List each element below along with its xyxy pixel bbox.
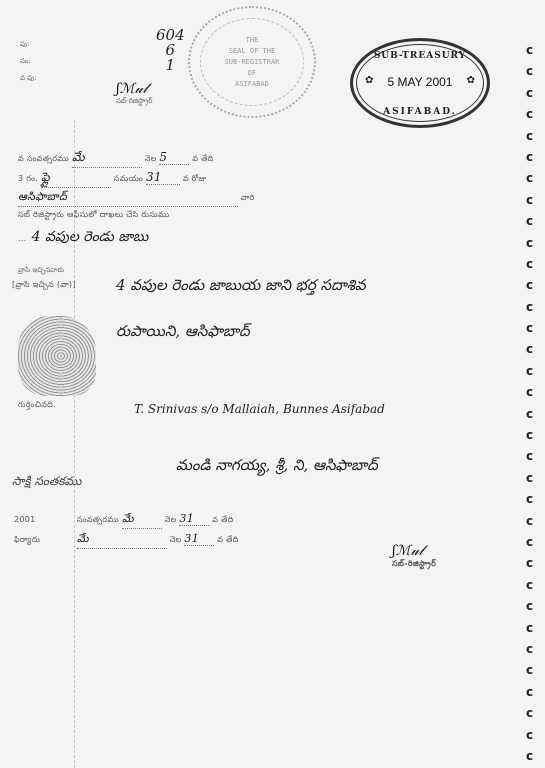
binding-ring-icon: c (526, 104, 540, 125)
seal-line: SUB-REGISTRAR (225, 57, 280, 68)
binding-ring-icon: c (526, 446, 540, 467)
binding-ring-icon: c (526, 190, 540, 211)
line-suffix: వ రోజు (183, 174, 207, 183)
binding-ring-icon: c (526, 233, 540, 254)
form-line-1: వ సంవత్సరము మే నెల 5 వ తేది (18, 150, 308, 168)
seal-line: THE (246, 35, 259, 46)
binding-ring-icon: c (526, 61, 540, 82)
form-line-2: 3 గం. ఫ్లై సమయం 31 వ రోజు (18, 170, 308, 188)
form-line-5: ... 4 వపుల రెండు జాబు (18, 226, 358, 248)
line-fill: 4 వపుల రెండు జాబు (32, 229, 149, 245)
page-refs: 604 6 1 (156, 28, 185, 73)
date-line-suffix: వ తేది (212, 515, 233, 524)
binding-ring-icon: c (526, 703, 540, 724)
binding-ring-icon: c (526, 126, 540, 147)
identifier-label: గుర్తించినది. (18, 400, 56, 411)
line-fill: మే (72, 150, 142, 168)
date-line-1: 2001 సంవత్సరము మే నెల 31 వ తేది (14, 512, 334, 529)
binding-ring-icon: c (526, 361, 540, 382)
thumbprint (18, 316, 96, 396)
seal-line: SEAL OF THE (229, 46, 275, 57)
signature-scribble: ʃℳ𝓊𝓁 (392, 543, 423, 559)
binding-ring-icon: c (526, 468, 540, 489)
seal-line: ASIFABAD (235, 79, 269, 90)
label-3: వ పు: (20, 70, 37, 87)
date-line-month-label: నెల (165, 515, 177, 524)
rosette-icon: ✿ (467, 75, 475, 86)
stamp-top-text: SUB-TREASURY (353, 51, 487, 61)
binding-ring-icon: c (526, 339, 540, 360)
line-suffix: వ తేది (192, 154, 213, 163)
registrar-signature-bottom: ʃℳ𝓊𝓁 సబ్-రిజిస్ట్రార్ (392, 540, 436, 570)
signature-caption: సబ్-రిజిస్ట్రార్ (392, 559, 436, 570)
date-line-label: ఫిర్యాదు (14, 535, 74, 546)
line-suffix: నెల (145, 154, 157, 163)
binding-ring-icon: c (526, 553, 540, 574)
binding-ring-icon: c (526, 596, 540, 617)
binding-ring-icon: c (526, 83, 540, 104)
binding-ring-icon: c (526, 725, 540, 746)
binding-ring-icon: c (526, 532, 540, 553)
binding-ring-icon: c (526, 297, 540, 318)
identifier-text: T. Srinivas s/o Mallaiah, Bunnes Asifaba… (134, 402, 385, 416)
date-line-fill: మే (77, 532, 167, 549)
binding-rings: cccccccccccccccccccccccccccccccccc (526, 40, 540, 767)
line-fill: ఫ్లై (41, 170, 111, 188)
date-line-2: ఫిర్యాదు మే నెల 31 వ తేది (14, 532, 334, 549)
registrar-signature-top: ʃℳ𝓊𝓁 సబ్-రిజిస్ట్రార్ (116, 78, 152, 107)
binding-ring-icon: c (526, 404, 540, 425)
executant-text: 4 వపుల రెండు జాబుయ జాని భర్త సదాశివ (116, 276, 366, 298)
line-prefix: ... (18, 234, 27, 243)
binding-ring-icon: c (526, 254, 540, 275)
binding-ring-icon: c (526, 682, 540, 703)
date-line-month-label: నెల (170, 535, 182, 544)
form-line-3: ఆసిఫాబాద్ వారి (18, 190, 308, 207)
binding-ring-icon: c (526, 511, 540, 532)
date-line-fill: మే (122, 512, 162, 529)
stamp-bottom-text: ASIFABAD. (353, 107, 487, 117)
line-label: వ సంవత్సరము (18, 154, 69, 163)
signature-caption: సబ్-రిజిస్ట్రార్ (116, 97, 152, 107)
line-fill: 5 (159, 150, 189, 165)
binding-ring-icon: c (526, 40, 540, 61)
binding-ring-icon: c (526, 168, 540, 189)
date-line-day: 31 (184, 532, 214, 546)
line-label: 3 గం. (18, 174, 38, 183)
binding-ring-icon: c (526, 211, 540, 232)
date-line-day: 31 (179, 512, 209, 526)
seal-line: OF (248, 68, 256, 79)
label-1: పు: (20, 36, 37, 53)
signature-scribble: ʃℳ𝓊𝓁 (116, 81, 147, 97)
binding-ring-icon: c (526, 660, 540, 681)
executant-box-label: [వ్రాసి ఇచ్చిన (వా)] (12, 280, 76, 291)
line-mid: సమయం (114, 174, 143, 183)
registrar-seal: THE SEAL OF THE SUB-REGISTRAR OF ASIFABA… (188, 6, 316, 118)
line-fill: ఆసిఫాబాద్ (18, 190, 238, 207)
witness-text: మండి నాగయ్య, శ్రీ, ని, ఆసిఫాబాద్ (176, 456, 378, 478)
binding-ring-icon: c (526, 318, 540, 339)
binding-ring-icon: c (526, 382, 540, 403)
binding-ring-icon: c (526, 575, 540, 596)
treasury-stamp: SUB-TREASURY ✿ 5 MAY 2001 ✿ ASIFABAD. (350, 38, 490, 128)
date-line-label: 2001 (14, 515, 74, 524)
date-line-text: సంవత్సరము (77, 515, 119, 524)
binding-ring-icon: c (526, 147, 540, 168)
binding-ring-icon: c (526, 618, 540, 639)
binding-ring-icon: c (526, 425, 540, 446)
binding-ring-icon: c (526, 489, 540, 510)
witness-label: సాక్షి సంతకము (12, 474, 81, 491)
label-2: సం: (20, 53, 37, 70)
line-suffix: వారి (241, 193, 255, 202)
binding-ring-icon: c (526, 639, 540, 660)
date-line-suffix: వ తేది (217, 535, 238, 544)
binding-ring-icon: c (526, 275, 540, 296)
line-fill: 31 (146, 170, 180, 185)
executant-text-2: రుపాయిని, ఆసిఫాబాద్ (116, 322, 250, 344)
executant-label: వ్రాసి ఇచ్చినవారు (18, 266, 64, 276)
page-ref-volume: 1 (156, 58, 185, 73)
binding-ring-icon: c (526, 746, 540, 767)
form-line-4: సబ్ రిజిస్ట్రారు ఆఫీసులో దాఖలు చేసి రుసు… (18, 210, 308, 221)
top-left-labels: పు: సం: వ పు: (20, 36, 37, 87)
